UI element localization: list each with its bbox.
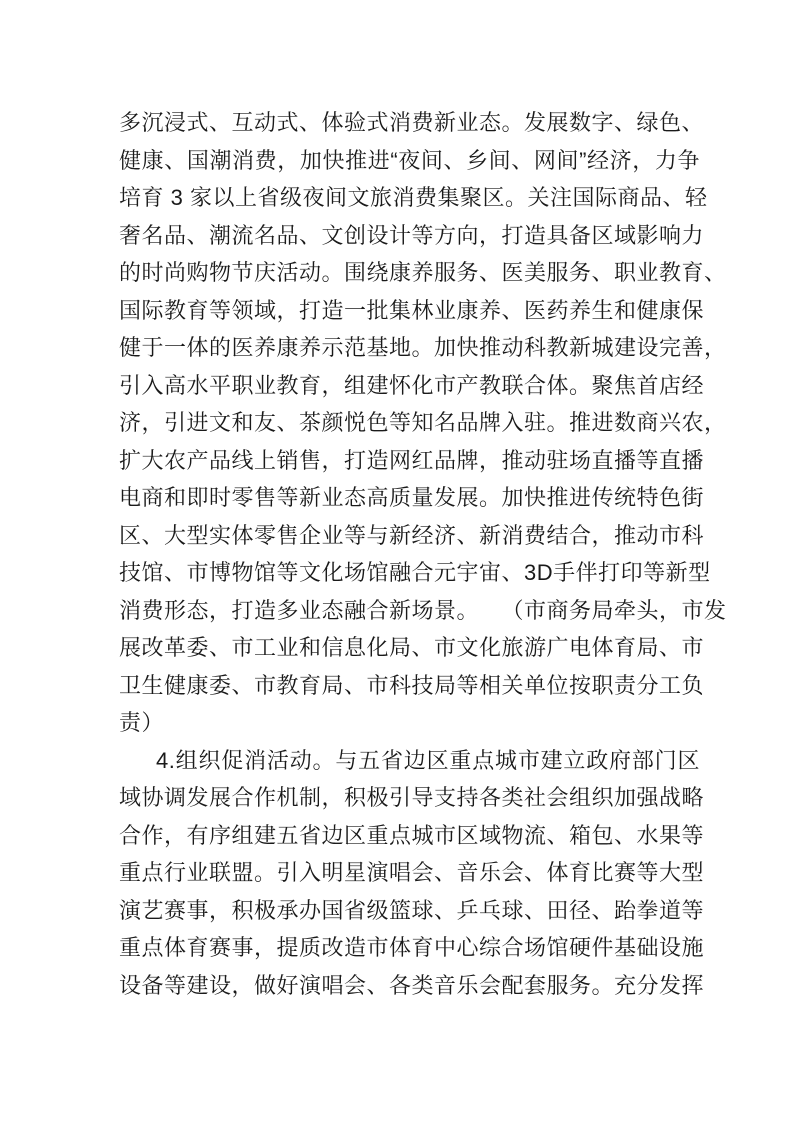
paragraph: 多沉浸式、互动式、体验式消费新业态。发展数字、绿色、健康、国潮消费，加快推进“夜…	[119, 104, 700, 742]
document-page: 多沉浸式、互动式、体验式消费新业态。发展数字、绿色、健康、国潮消费，加快推进“夜…	[0, 0, 793, 1122]
text-line: 多沉浸式、互动式、体验式消费新业态。发展数字、绿色、	[119, 104, 700, 142]
text-line: 卫生健康委、市教育局、市科技局等相关单位按职责分工负	[119, 667, 700, 705]
text-line: 扩大农产品线上销售，打造网红品牌，推动驻场直播等直播	[119, 442, 700, 480]
text-line: 健康、国潮消费，加快推进“夜间、乡间、网间”经济，力争	[119, 142, 700, 180]
text-line: 国际教育等领域，打造一批集林业康养、医药养生和健康保	[119, 292, 700, 330]
text-line: 技馆、市博物馆等文化场馆融合元宇宙、3D手伴打印等新型	[119, 554, 700, 592]
text-line: 4.组织促消活动。与五省边区重点城市建立政府部门区	[119, 742, 700, 780]
text-block: 多沉浸式、互动式、体验式消费新业态。发展数字、绿色、健康、国潮消费，加快推进“夜…	[119, 104, 700, 1004]
text-line: 济，引进文和友、茶颜悦色等知名品牌入驻。推进数商兴农，	[119, 404, 700, 442]
text-line: 域协调发展合作机制，积极引导支持各类社会组织加强战略	[119, 779, 700, 817]
text-line: 的时尚购物节庆活动。围绕康养服务、医美服务、职业教育、	[119, 254, 700, 292]
text-line: 健于一体的医养康养示范基地。加快推动科教新城建设完善，	[119, 329, 700, 367]
text-line: 演艺赛事，积极承办国省级篮球、乒乓球、田径、跆拳道等	[119, 892, 700, 930]
text-line: 消费形态，打造多业态融合新场景。 （市商务局牵头，市发	[119, 592, 700, 630]
text-line: 合作，有序组建五省边区重点城市区域物流、箱包、水果等	[119, 817, 700, 855]
paragraph: 4.组织促消活动。与五省边区重点城市建立政府部门区域协调发展合作机制，积极引导支…	[119, 742, 700, 1005]
text-line: 培育 3 家以上省级夜间文旅消费集聚区。关注国际商品、轻	[119, 179, 700, 217]
text-line: 电商和即时零售等新业态高质量发展。加快推进传统特色街	[119, 479, 700, 517]
text-line: 重点行业联盟。引入明星演唱会、音乐会、体育比赛等大型	[119, 854, 700, 892]
text-line: 重点体育赛事，提质改造市体育中心综合场馆硬件基础设施	[119, 929, 700, 967]
text-line: 责）	[119, 704, 700, 742]
text-line: 引入高水平职业教育，组建怀化市产教联合体。聚焦首店经	[119, 367, 700, 405]
text-line: 区、大型实体零售企业等与新经济、新消费结合，推动市科	[119, 517, 700, 555]
text-line: 展改革委、市工业和信息化局、市文化旅游广电体育局、市	[119, 629, 700, 667]
text-line: 奢名品、潮流名品、文创设计等方向，打造具备区域影响力	[119, 217, 700, 255]
text-line: 设备等建设，做好演唱会、各类音乐会配套服务。充分发挥	[119, 967, 700, 1005]
